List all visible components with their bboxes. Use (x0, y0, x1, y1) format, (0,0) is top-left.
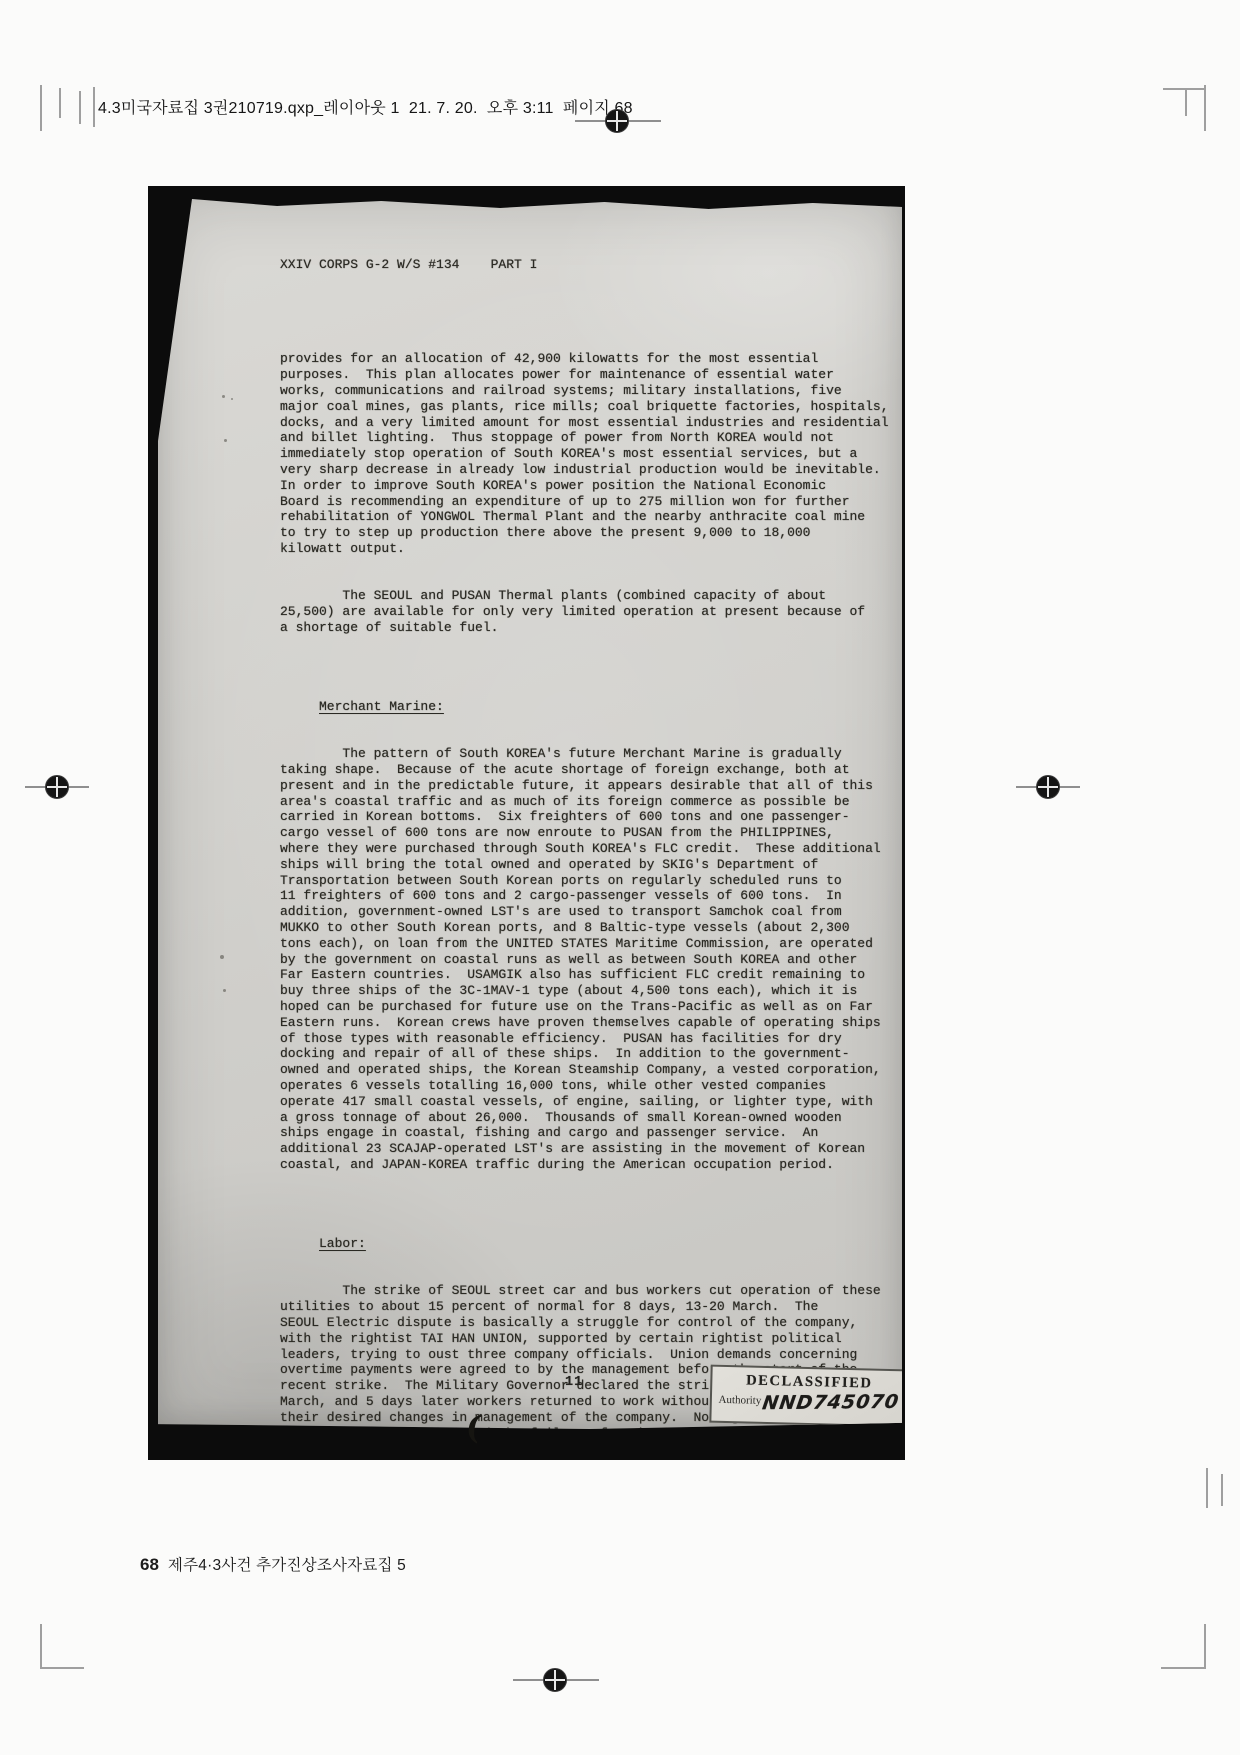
crop-mark (59, 88, 61, 118)
ink-speck (223, 989, 226, 992)
crop-mark (40, 85, 42, 131)
merchant-marine-paragraph: The pattern of South KOREA's future Merc… (280, 746, 889, 1173)
print-header: 4.3미국자료집 3권210719.qxp_레이아웃 1 21. 7. 20. … (98, 95, 633, 118)
crop-mark (93, 87, 95, 127)
footer-page-number: 68 (140, 1555, 159, 1575)
ink-speck (231, 398, 233, 400)
stamp-authority-label: Authority (718, 1389, 761, 1407)
crop-mark (1204, 1624, 1206, 1669)
book-footer: 68 제주4·3사건 추가진상조사자료집 5 (140, 1553, 406, 1575)
ink-speck (222, 395, 225, 398)
merchant-marine-heading: Merchant Marine: (319, 699, 444, 715)
ink-speck (224, 439, 227, 442)
thermal-plants-paragraph: The SEOUL and PUSAN Thermal plants (comb… (280, 588, 889, 635)
ink-speck (220, 955, 224, 959)
crop-mark (1161, 1667, 1205, 1669)
power-paragraph: provides for an allocation of 42,900 kil… (280, 351, 889, 556)
document-header: XXIV CORPS G-2 W/S #134 PART I (280, 257, 889, 273)
declassified-stamp: DECLASSIFIED Authority NND745070 (709, 1365, 908, 1428)
crop-mark (1204, 85, 1206, 131)
scanned-document: XXIV CORPS G-2 W/S #134 PART I provides … (148, 186, 905, 1460)
crop-mark (40, 1667, 84, 1669)
labor-heading: Labor: (319, 1236, 366, 1252)
crop-mark (1206, 1468, 1208, 1508)
crop-mark (79, 91, 81, 124)
stamp-authority-number: NND745070 (761, 1391, 901, 1414)
crop-mark (1221, 1474, 1223, 1506)
document-paper: XXIV CORPS G-2 W/S #134 PART I provides … (158, 199, 902, 1429)
footer-book-title: 제주4·3사건 추가진상조사자료집 5 (168, 1553, 406, 1575)
crop-mark (40, 1624, 42, 1669)
scan-page-number: 11 (565, 1375, 583, 1390)
crop-mark (1185, 88, 1187, 116)
